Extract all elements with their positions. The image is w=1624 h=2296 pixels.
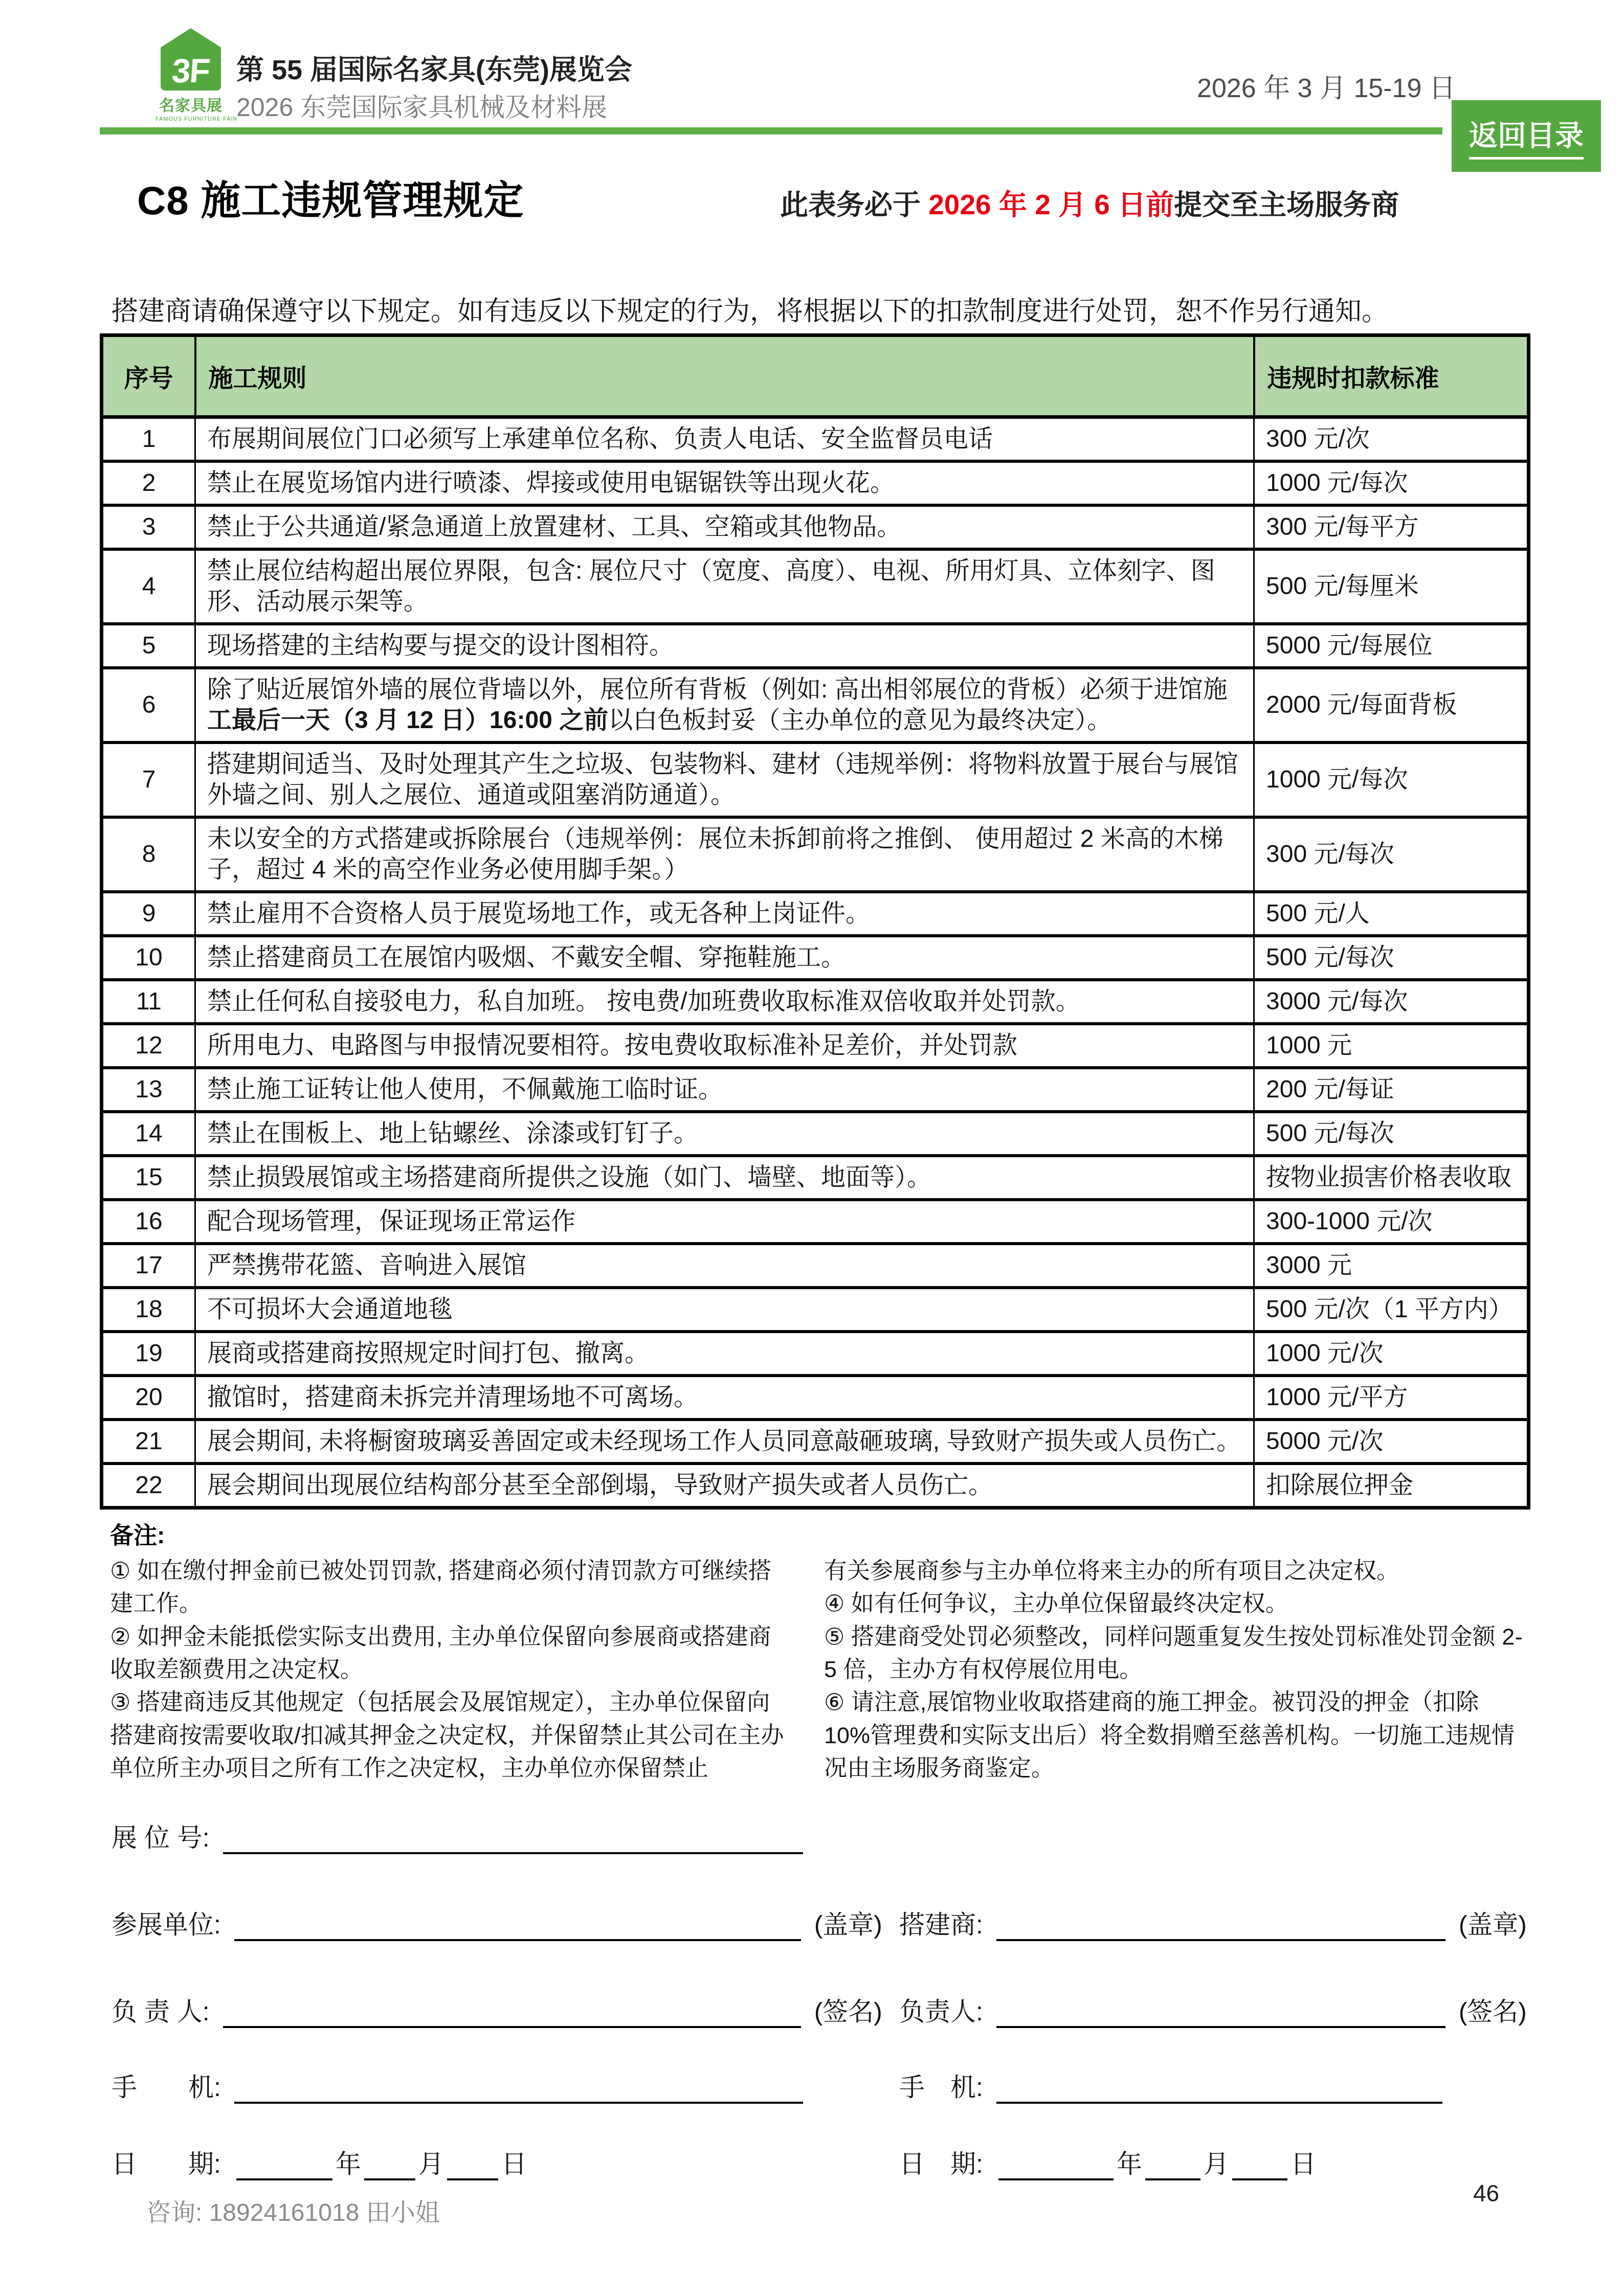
table-row: 8未以安全的方式搭建或拆除展台（违规举例：展位未拆卸前将之推倒、 使用超过 2 … — [102, 817, 1529, 892]
date-month-field-left[interactable] — [364, 2149, 415, 2180]
row-number-cell: 17 — [102, 1244, 195, 1288]
row-number-cell: 13 — [102, 1068, 195, 1112]
table-row: 21展会期间, 未将橱窗玻璃妥善固定或未经现场工作人员同意敲砸玻璃, 导致财产损… — [102, 1420, 1529, 1464]
note-paragraph: 有关参展商参与主办单位将来主办的所有项目之决定权。 — [824, 1555, 1528, 1587]
table-row: 5现场搭建的主结构要与提交的设计图相符。5000 元/每展位 — [102, 624, 1529, 668]
header-cell-rule: 施工规则 — [195, 335, 1254, 417]
deadline-prefix: 此表务必于 — [780, 189, 928, 220]
deadline-date: 2026 年 2 月 6 日前 — [928, 189, 1174, 220]
table-row: 4禁止展位结构超出展位界限，包含: 展位尺寸（宽度、高度）、电视、所用灯具、立体… — [102, 549, 1529, 624]
rule-cell: 禁止展位结构超出展位界限，包含: 展位尺寸（宽度、高度）、电视、所用灯具、立体刻… — [195, 549, 1254, 624]
penalty-cell: 500 元/每厘米 — [1254, 549, 1529, 624]
rule-cell: 配合现场管理，保证现场正常运作 — [195, 1200, 1254, 1244]
penalty-cell: 5000 元/每展位 — [1254, 624, 1529, 668]
intro-paragraph: 搭建商请确保遵守以下规定。如有违反以下规定的行为，将根据以下的扣款制度进行处罚，… — [112, 289, 1523, 328]
penalty-cell: 500 元/次（1 平方内） — [1254, 1288, 1529, 1332]
date-label-left: 日 期: — [112, 2144, 221, 2180]
rule-cell: 布展期间展位门口必须写上承建单位名称、负责人电话、安全监督员电话 — [195, 417, 1254, 462]
person-in-charge-label-right: 负责人: — [899, 1991, 983, 2028]
date-month-unit-right: 月 — [1204, 2144, 1229, 2180]
header-cell-number: 序号 — [102, 335, 195, 417]
table-row: 19展商或搭建商按照规定时间打包、撤离。1000 元/次 — [102, 1332, 1529, 1376]
mobile-row-right: 手 机: — [899, 2064, 1442, 2104]
exhibitor-label: 参展单位: — [112, 1904, 221, 1941]
exhibitor-row: 参展单位: (盖章) — [112, 1901, 882, 1941]
rule-cell: 禁止雇用不合资格人员于展览场地工作，或无各种上岗证件。 — [195, 892, 1254, 936]
rule-cell: 不可损坏大会通道地毯 — [195, 1288, 1254, 1332]
rule-cell: 禁止在展览场馆内进行喷漆、焊接或使用电锯锯铁等出现火花。 — [195, 461, 1254, 505]
note-paragraph: ④ 如有任何争议，主办单位保留最终决定权。 — [824, 1587, 1528, 1620]
fair-logo: 3F 名家具展 FAMOUS FURNITURE FAIR — [152, 28, 229, 122]
penalty-cell: 3000 元/每次 — [1254, 980, 1529, 1024]
penalty-cell: 1000 元/每次 — [1254, 461, 1529, 505]
date-row-left: 日 期: 年 月 日 — [112, 2141, 530, 2180]
header-cell-penalty: 违规时扣款标准 — [1254, 335, 1529, 417]
rule-cell: 禁止任何私自接驳电力，私自加班。 按电费/加班费收取标准双倍收取并处罚款。 — [195, 980, 1254, 1024]
exhibitor-field[interactable] — [234, 1907, 801, 1941]
row-number-cell: 3 — [102, 505, 195, 549]
contractor-label: 搭建商: — [899, 1904, 983, 1941]
exhibition-dates: 2026 年 3 月 15-19 日 — [1197, 66, 1456, 105]
signature-form: 展 位 号: 参展单位: (盖章) 负 责 人: (签名) 手 机: 日 期: … — [112, 1814, 1527, 2234]
table-row: 14禁止在围板上、地上钻螺丝、涂漆或钉钉子。500 元/每次 — [102, 1112, 1529, 1156]
note-paragraph: ③ 搭建商违反其他规定（包括展会及展馆规定），主办单位保留向搭建商按需要收取/扣… — [110, 1686, 790, 1785]
person-in-charge-field-right[interactable] — [996, 1994, 1445, 2028]
person-in-charge-row-left: 负 责 人: (签名) — [112, 1988, 882, 2028]
back-to-catalog-label: 返回目录 — [1469, 113, 1584, 160]
rules-table: 序号 施工规则 违规时扣款标准 1布展期间展位门口必须写上承建单位名称、负责人电… — [100, 333, 1530, 1510]
rule-cell: 除了贴近展馆外墙的展位背墙以外，展位所有背板（例如: 高出相邻展位的背板）必须于… — [195, 668, 1254, 742]
booth-number-row: 展 位 号: — [112, 1814, 803, 1854]
penalty-cell: 扣除展位押金 — [1254, 1464, 1529, 1508]
table-row: 16配合现场管理，保证现场正常运作300-1000 元/次 — [102, 1200, 1529, 1244]
date-label-right: 日 期: — [899, 2144, 983, 2180]
logo-mark: 3F — [171, 54, 211, 91]
penalty-cell: 300 元/次 — [1254, 417, 1529, 462]
row-number-cell: 15 — [102, 1156, 195, 1200]
date-year-field-right[interactable] — [998, 2149, 1114, 2180]
date-day-unit-left: 日 — [501, 2144, 527, 2180]
rules-tbody: 1布展期间展位门口必须写上承建单位名称、负责人电话、安全监督员电话300 元/次… — [102, 417, 1529, 1508]
mobile-label-right: 手 机: — [899, 2067, 983, 2104]
contact-info: 咨询: 18924161018 田小姐 — [146, 2193, 440, 2228]
row-number-cell: 20 — [102, 1376, 195, 1420]
date-day-field-left[interactable] — [447, 2149, 498, 2180]
penalty-cell: 300 元/每平方 — [1254, 505, 1529, 549]
table-row: 15禁止损毁展馆或主场搭建商所提供之设施（如门、墙壁、地面等）。按物业损害价格表… — [102, 1156, 1529, 1200]
row-number-cell: 4 — [102, 549, 195, 624]
row-number-cell: 21 — [102, 1420, 195, 1464]
penalty-cell: 1000 元/平方 — [1254, 1376, 1529, 1420]
note-paragraph: ⑥ 请注意,展馆物业收取搭建商的施工押金。被罚没的押金（扣除 10%管理费和实际… — [824, 1686, 1528, 1785]
back-to-catalog-button[interactable]: 返回目录 — [1452, 100, 1601, 172]
row-number-cell: 16 — [102, 1200, 195, 1244]
rule-cell: 未以安全的方式搭建或拆除展台（违规举例：展位未拆卸前将之推倒、 使用超过 2 米… — [195, 817, 1254, 892]
table-row: 11禁止任何私自接驳电力，私自加班。 按电费/加班费收取标准双倍收取并处罚款。3… — [102, 980, 1529, 1024]
row-number-cell: 1 — [102, 417, 195, 462]
exhibition-subtitle: 2026 东莞国际家具机械及材料展 — [236, 87, 607, 124]
penalty-cell: 按物业损害价格表收取 — [1254, 1156, 1529, 1200]
rule-cell: 所用电力、电路图与申报情况要相符。按电费收取标准补足差价，并处罚款 — [195, 1024, 1254, 1068]
mobile-field-left[interactable] — [234, 2070, 803, 2104]
note-paragraph: ⑤ 搭建商受处罚必须整改，同样问题重复发生按处罚标准处罚金额 2-5 倍，主办方… — [824, 1620, 1528, 1686]
exhibition-title: 第 55 届国际名家具(东莞)展览会 — [236, 48, 632, 87]
deadline-note: 此表务必于 2026 年 2 月 6 日前提交至主场服务商 — [780, 182, 1399, 222]
person-in-charge-label-left: 负 责 人: — [112, 1991, 210, 2028]
booth-number-field[interactable] — [223, 1820, 803, 1854]
rule-cell: 禁止于公共通道/紧急通道上放置建材、工具、空箱或其他物品。 — [195, 505, 1254, 549]
penalty-cell: 300-1000 元/次 — [1254, 1200, 1529, 1244]
mobile-label-left: 手 机: — [112, 2067, 221, 2104]
rule-cell: 搭建期间适当、及时处理其产生之垃圾、包装物料、建材（违规举例：将物料放置于展台与… — [195, 742, 1254, 817]
note-paragraph: ① 如在缴付押金前已被处罚罚款, 搭建商必须付清罚款方可继续搭建工作。 — [110, 1555, 790, 1620]
table-row: 20撤馆时，搭建商未拆完并清理场地不可离场。1000 元/平方 — [102, 1376, 1529, 1420]
person-in-charge-field-left[interactable] — [223, 1994, 801, 2028]
rule-cell: 展会期间, 未将橱窗玻璃妥善固定或未经现场工作人员同意敲砸玻璃, 导致财产损失或… — [195, 1420, 1254, 1464]
table-row: 9禁止雇用不合资格人员于展览场地工作，或无各种上岗证件。500 元/人 — [102, 892, 1529, 936]
table-row: 7搭建期间适当、及时处理其产生之垃圾、包装物料、建材（违规举例：将物料放置于展台… — [102, 742, 1529, 817]
logo-name: 名家具展 — [152, 93, 229, 115]
rule-cell: 禁止搭建商员工在展馆内吸烟、不戴安全帽、穿拖鞋施工。 — [195, 936, 1254, 980]
row-number-cell: 7 — [102, 742, 195, 817]
row-number-cell: 22 — [102, 1464, 195, 1508]
row-number-cell: 12 — [102, 1024, 195, 1068]
penalty-cell: 2000 元/每面背板 — [1254, 668, 1529, 742]
penalty-cell: 1000 元 — [1254, 1024, 1529, 1068]
deadline-suffix: 提交至主场服务商 — [1174, 189, 1399, 220]
notes-heading: 备注: — [110, 1517, 1528, 1550]
rule-cell: 展商或搭建商按照规定时间打包、撤离。 — [195, 1332, 1254, 1376]
table-row: 2禁止在展览场馆内进行喷漆、焊接或使用电锯锯铁等出现火花。1000 元/每次 — [102, 461, 1529, 505]
notes-columns: ① 如在缴付押金前已被处罚罚款, 搭建商必须付清罚款方可继续搭建工作。② 如押金… — [110, 1555, 1528, 1785]
header-divider — [100, 127, 1442, 134]
table-row: 12所用电力、电路图与申报情况要相符。按电费收取标准补足差价，并处罚款1000 … — [102, 1024, 1529, 1068]
row-number-cell: 10 — [102, 936, 195, 980]
row-number-cell: 14 — [102, 1112, 195, 1156]
row-number-cell: 18 — [102, 1288, 195, 1332]
notes-column-left: ① 如在缴付押金前已被处罚罚款, 搭建商必须付清罚款方可继续搭建工作。② 如押金… — [110, 1555, 790, 1785]
row-number-cell: 5 — [102, 624, 195, 668]
logo-house-icon: 3F — [161, 28, 221, 91]
date-month-field-right[interactable] — [1145, 2149, 1200, 2180]
date-row-right: 日 期: 年 月 日 — [899, 2141, 1319, 2180]
penalty-cell: 500 元/每次 — [1254, 936, 1529, 980]
contractor-seal-note: (盖章) — [1459, 1904, 1527, 1941]
date-year-unit-left: 年 — [336, 2144, 361, 2180]
rule-cell: 撤馆时，搭建商未拆完并清理场地不可离场。 — [195, 1376, 1254, 1420]
person-in-charge-row-right: 负责人: (签名) — [899, 1988, 1527, 2028]
rule-cell: 禁止施工证转让他人使用，不佩戴施工临时证。 — [195, 1068, 1254, 1112]
person-sign-note-left: (签名) — [814, 1991, 882, 2028]
contractor-row: 搭建商: (盖章) — [899, 1901, 1527, 1941]
page-number: 46 — [1473, 2179, 1499, 2207]
date-day-field-right[interactable] — [1232, 2149, 1287, 2180]
mobile-row-left: 手 机: — [112, 2064, 803, 2104]
exhibitor-seal-note: (盖章) — [814, 1904, 882, 1941]
row-number-cell: 2 — [102, 461, 195, 505]
note-paragraph: ② 如押金未能抵偿实际支出费用, 主办单位保留向参展商或搭建商收取差额费用之决定… — [110, 1620, 790, 1686]
table-row: 3禁止于公共通道/紧急通道上放置建材、工具、空箱或其他物品。300 元/每平方 — [102, 505, 1529, 549]
penalty-cell: 1000 元/每次 — [1254, 742, 1529, 817]
penalty-cell: 1000 元/次 — [1254, 1332, 1529, 1376]
penalty-cell: 300 元/每次 — [1254, 817, 1529, 892]
row-number-cell: 8 — [102, 817, 195, 892]
rule-cell: 严禁携带花篮、音响进入展馆 — [195, 1244, 1254, 1288]
table-row: 13禁止施工证转让他人使用，不佩戴施工临时证。200 元/每证 — [102, 1068, 1529, 1112]
date-day-unit-right: 日 — [1291, 2144, 1316, 2180]
person-sign-note-right: (签名) — [1459, 1991, 1527, 2028]
table-row: 1布展期间展位门口必须写上承建单位名称、负责人电话、安全监督员电话300 元/次 — [102, 417, 1529, 462]
table-row: 6除了贴近展馆外墙的展位背墙以外，展位所有背板（例如: 高出相邻展位的背板）必须… — [102, 668, 1529, 742]
date-year-unit-right: 年 — [1117, 2144, 1142, 2180]
penalty-cell: 5000 元/次 — [1254, 1420, 1529, 1464]
penalty-cell: 3000 元 — [1254, 1244, 1529, 1288]
table-row: 10禁止搭建商员工在展馆内吸烟、不戴安全帽、穿拖鞋施工。500 元/每次 — [102, 936, 1529, 980]
rule-cell: 现场搭建的主结构要与提交的设计图相符。 — [195, 624, 1254, 668]
table-row: 18不可损坏大会通道地毯500 元/次（1 平方内） — [102, 1288, 1529, 1332]
penalty-cell: 500 元/每次 — [1254, 1112, 1529, 1156]
notes-section: 备注: ① 如在缴付押金前已被处罚罚款, 搭建商必须付清罚款方可继续搭建工作。②… — [110, 1517, 1528, 1785]
rule-cell: 禁止损毁展馆或主场搭建商所提供之设施（如门、墙壁、地面等）。 — [195, 1156, 1254, 1200]
penalty-cell: 200 元/每证 — [1254, 1068, 1529, 1112]
row-number-cell: 9 — [102, 892, 195, 936]
table-row: 22展会期间出现展位结构部分甚至全部倒塌，导致财产损失或者人员伤亡。扣除展位押金 — [102, 1464, 1529, 1508]
contractor-field[interactable] — [996, 1907, 1445, 1941]
mobile-field-right[interactable] — [996, 2070, 1442, 2104]
row-number-cell: 19 — [102, 1332, 195, 1376]
row-number-cell: 6 — [102, 668, 195, 742]
rule-cell: 展会期间出现展位结构部分甚至全部倒塌，导致财产损失或者人员伤亡。 — [195, 1464, 1254, 1508]
logo-subname: FAMOUS FURNITURE FAIR — [155, 116, 226, 122]
booth-number-label: 展 位 号: — [112, 1817, 210, 1854]
table-row: 17严禁携带花篮、音响进入展馆3000 元 — [102, 1244, 1529, 1288]
notes-column-right: 有关参展商参与主办单位将来主办的所有项目之决定权。④ 如有任何争议，主办单位保留… — [824, 1555, 1528, 1785]
row-number-cell: 11 — [102, 980, 195, 1024]
table-header-row: 序号 施工规则 违规时扣款标准 — [102, 335, 1529, 417]
document-page: 3F 名家具展 FAMOUS FURNITURE FAIR 第 55 届国际名家… — [0, 0, 1624, 2296]
rule-cell: 禁止在围板上、地上钻螺丝、涂漆或钉钉子。 — [195, 1112, 1254, 1156]
date-year-field-left[interactable] — [236, 2149, 332, 2180]
date-month-unit-left: 月 — [418, 2144, 444, 2180]
page-title: C8 施工违规管理规定 — [137, 169, 524, 226]
penalty-cell: 500 元/人 — [1254, 892, 1529, 936]
